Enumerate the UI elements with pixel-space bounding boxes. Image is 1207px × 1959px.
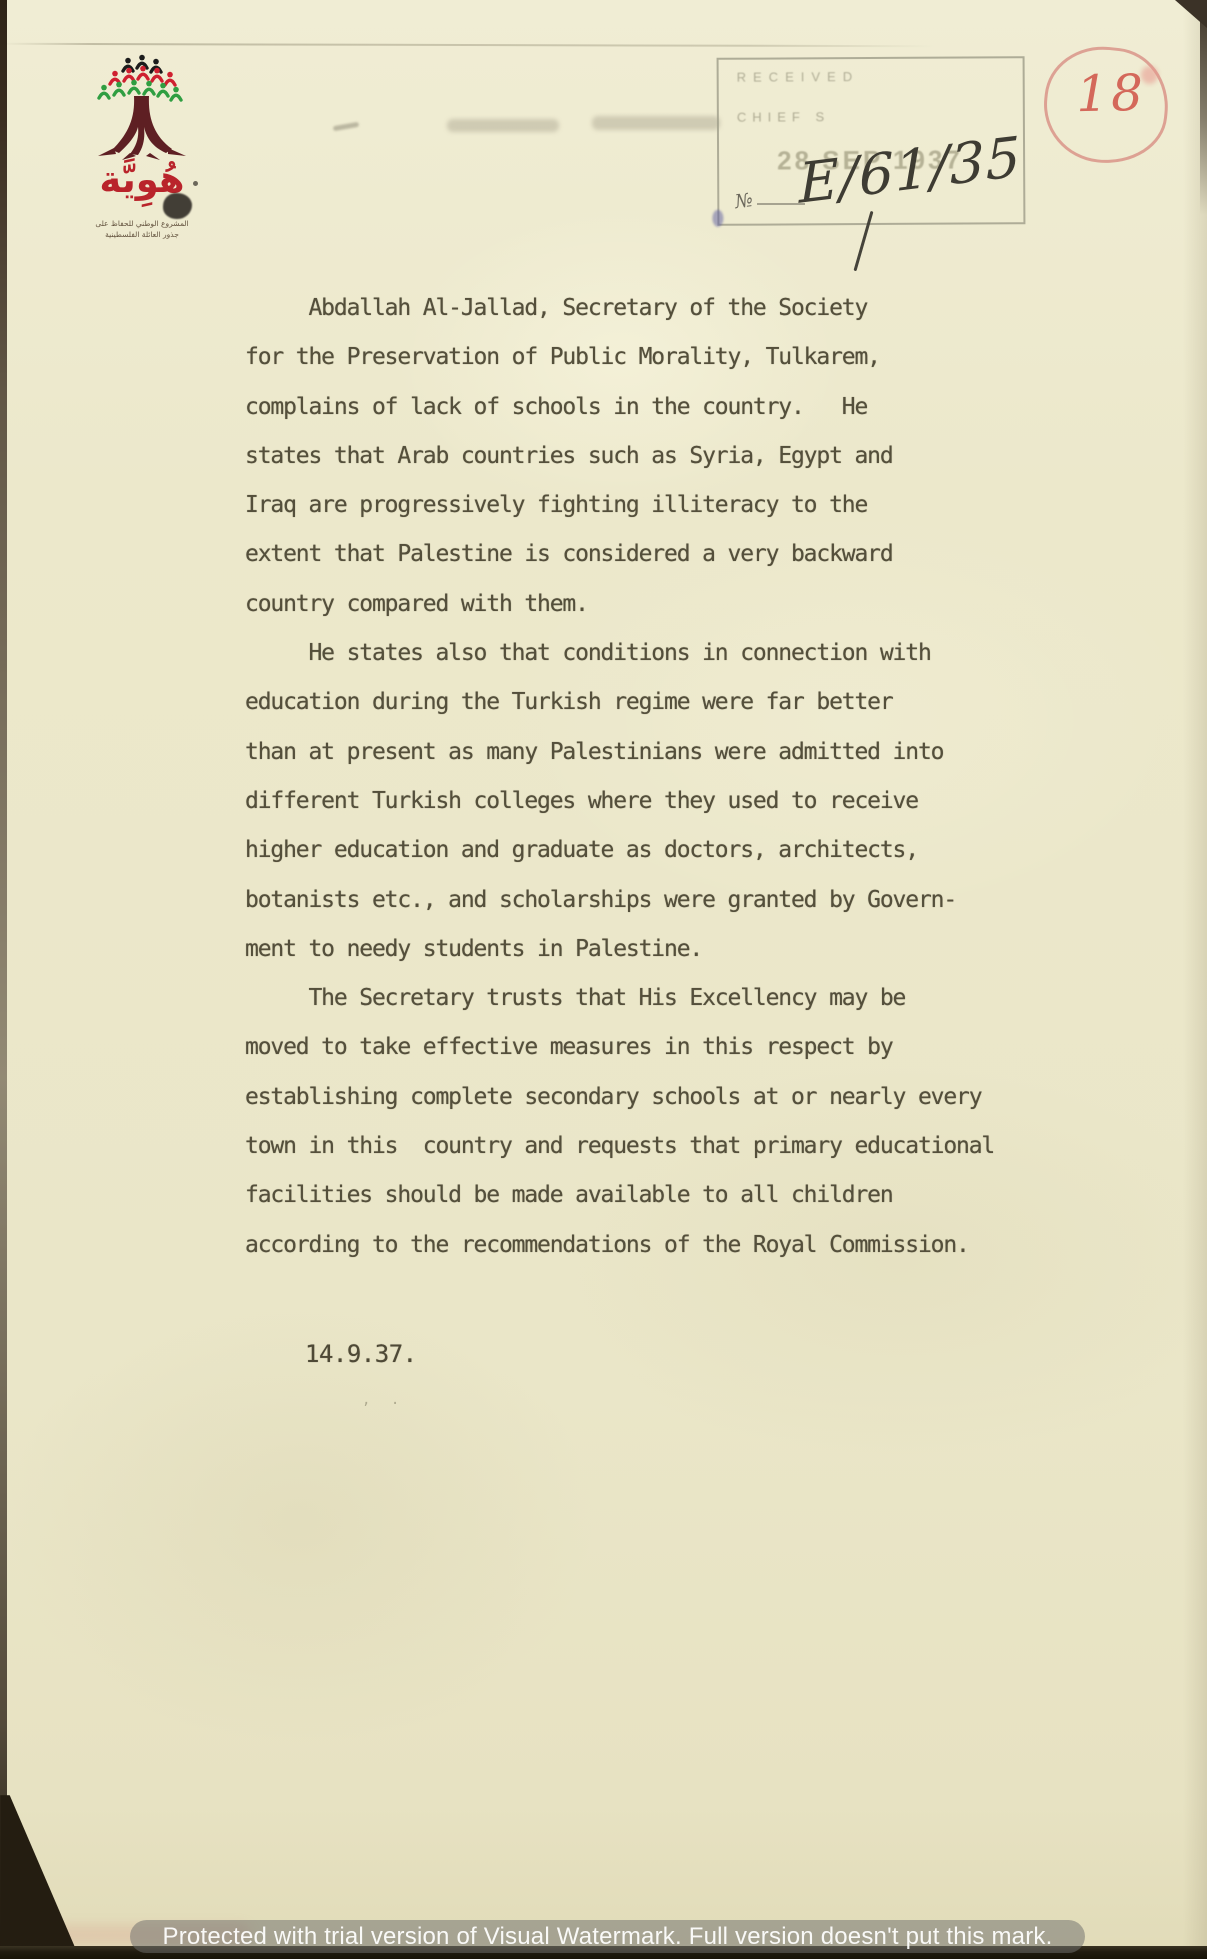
watermark-bar: Protected with trial version of Visual W… xyxy=(130,1920,1085,1953)
logo-subtitle-line1: المشروع الوطني للحفاظ على xyxy=(84,218,200,229)
scan-edge-right-top xyxy=(1200,0,1207,215)
numero-sign: № xyxy=(734,189,755,213)
stamp-office-line2: CHIEF S xyxy=(737,109,830,124)
typed-line: extent that Palestine is considered a ve… xyxy=(245,530,994,579)
typed-line: states that Arab countries such as Syria… xyxy=(245,432,994,481)
typed-line: botanists etc., and scholarships were gr… xyxy=(245,876,994,925)
faint-marks: , . xyxy=(362,1392,405,1408)
typed-line: country compared with them. xyxy=(245,580,994,629)
typed-line: The Secretary trusts that His Excellency… xyxy=(245,974,994,1023)
typed-line: complains of lack of schools in the coun… xyxy=(245,383,994,432)
pencil-smudge xyxy=(447,119,559,132)
heritage-tree-logo-icon xyxy=(92,52,192,170)
ink-blot xyxy=(163,193,192,219)
typed-line: according to the recommendations of the … xyxy=(245,1221,994,1270)
typed-line: He states also that conditions in connec… xyxy=(245,629,994,678)
typed-line: higher education and graduate as doctors… xyxy=(245,826,994,875)
typed-body: Abdallah Al-Jallad, Secretary of the Soc… xyxy=(245,284,994,1270)
watermark-text: Protected with trial version of Visual W… xyxy=(163,1923,1053,1951)
typed-line: different Turkish colleges where they us… xyxy=(245,777,994,826)
page-number: 18 xyxy=(1076,64,1147,123)
typed-line: town in this country and requests that p… xyxy=(245,1122,994,1171)
paper-shade-right xyxy=(1183,0,1207,1959)
ink-speck xyxy=(193,181,198,186)
ink-blob-purple xyxy=(712,210,723,227)
typed-line: than at present as many Palestinians wer… xyxy=(245,728,994,777)
typed-line: establishing complete secondary schools … xyxy=(245,1073,994,1122)
handwritten-number-prefix: № xyxy=(735,190,805,212)
pencil-smudge xyxy=(592,116,720,130)
logo-subtitle: المشروع الوطني للحفاظ على جذور العائلة ا… xyxy=(84,218,200,240)
handwritten-dash xyxy=(757,203,805,205)
typed-line: facilities should be made available to a… xyxy=(245,1171,994,1220)
heritage-logo: هُوِيَّة المشروع الوطني للحفاظ على جذور … xyxy=(90,52,194,242)
typed-line: ment to needy students in Palestine. xyxy=(245,925,994,974)
stamp-office-line1: RECEIVED xyxy=(737,69,860,85)
typed-date: 14.9.37. xyxy=(305,1340,417,1368)
scanned-document-page: { "page": { "kind": "scanned typewritten… xyxy=(0,0,1207,1959)
typed-line: education during the Turkish regime were… xyxy=(245,678,994,727)
logo-subtitle-line2: جذور العائلة الفلسطينية xyxy=(84,229,200,240)
typed-line: for the Preservation of Public Morality,… xyxy=(245,333,994,382)
typed-line: moved to take effective measures in this… xyxy=(245,1023,994,1072)
typed-line: Iraq are progressively fighting illitera… xyxy=(245,481,994,530)
red-pencil-smudge xyxy=(1141,66,1158,84)
typed-line: Abdallah Al-Jallad, Secretary of the Soc… xyxy=(245,284,994,333)
scan-edge-left xyxy=(0,0,7,1959)
